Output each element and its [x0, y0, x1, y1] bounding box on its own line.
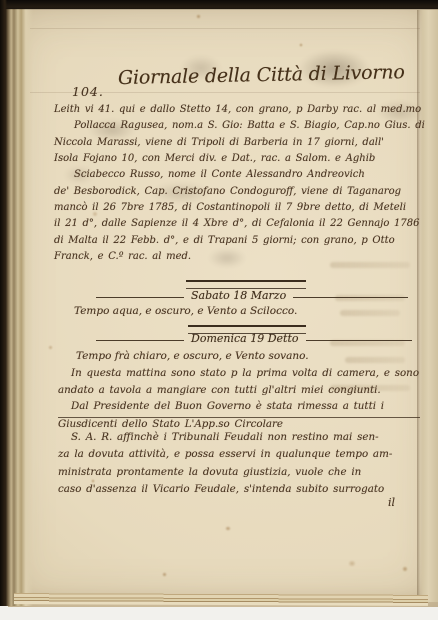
manuscript-line: Leith vi 41. qui e dallo Stetto 14, con … [54, 104, 420, 120]
heading-date: Sabato 18 Marzo [184, 289, 293, 302]
weather-saturday: Tempo aqua, e oscuro, e Vento a Scilocco… [74, 305, 297, 317]
manuscript-line: Pollacca Ragusea, nom.a S. Gio: Batta e … [54, 120, 420, 136]
weather-sunday: Tempo frà chiaro, e oscuro, e Vento sova… [76, 350, 309, 362]
foxing-spot [162, 572, 167, 577]
manuscript-line: mancò il 26 7bre 1785, di Costantinopoli… [54, 202, 420, 218]
ink-bleedthrough [345, 357, 405, 363]
binding-gutter-page-edges [5, 9, 33, 606]
manuscript-line: Isola Fojano 10, con Merci div. e Dat., … [54, 153, 420, 169]
manuscript-line: di Malta il 22 Febb. d°, e di Trapani 5 … [54, 235, 420, 251]
arrivals-paragraph: Leith vi 41. qui e dallo Stetto 14, con … [54, 104, 420, 267]
manuscript-line: andato a tavola a mangiare con tutti gl'… [58, 384, 420, 401]
section-heading-sunday: Domenica 19 Detto [96, 332, 412, 348]
heading-rule-left [96, 340, 184, 341]
scan-mat [0, 606, 438, 620]
manuscript-line: In questa mattina sono stato p la prima … [58, 367, 420, 384]
heading-date: Domenica 19 Detto [184, 332, 306, 345]
section-heading-saturday: Sabato 18 Marzo [96, 289, 408, 305]
manuscript-line: il 21 d°, dalle Sapienze il 4 Xbre d°, d… [54, 218, 420, 234]
foxing-spot [348, 560, 356, 567]
page-edges-bottom [14, 591, 428, 606]
ink-bleedthrough [340, 310, 400, 316]
heading-rule-left [96, 297, 184, 298]
section-divider [186, 280, 306, 289]
manuscript-line: caso d'assenza il Vicario Feudale, s'int… [58, 483, 420, 500]
heading-rule-right [306, 340, 413, 341]
catchword: il [388, 496, 395, 509]
manuscript-line: de' Besborodick, Cap. Cristofano Condogu… [54, 186, 420, 202]
notice-paragraph: Dal Presidente del Buon Governo è stata … [58, 400, 420, 434]
manuscript-line: Niccola Marassi, viene di Tripoli di Bar… [54, 137, 420, 153]
heading-rule-right [293, 297, 408, 298]
scan-border-top [0, 0, 438, 10]
scan-border-left [0, 0, 7, 606]
manuscript-line: za la dovuta attività, e possa esservi i… [58, 448, 420, 465]
foxing-spot [402, 566, 408, 572]
manuscript-line: Dal Presidente del Buon Governo è stata … [58, 400, 420, 418]
foxing-spot [299, 43, 303, 47]
decree-paragraph: S. A. R. affinchè i Tribunali Feudali no… [58, 431, 420, 500]
page-number: 104. [72, 84, 104, 99]
diary-paragraph: In questa mattina sono stato p la prima … [58, 367, 420, 400]
manuscript-line: ministrata prontamente la dovuta giustiz… [58, 466, 420, 483]
foxing-spot [48, 345, 53, 350]
foxing-spot [196, 14, 201, 19]
scan-artifact-line [30, 28, 420, 29]
manuscript-line: Sciabecco Russo, nome il Conte Alessandr… [54, 169, 420, 185]
foxing-spot [225, 526, 231, 531]
page-curve-right-edge [417, 10, 438, 602]
manuscript-line: Franck, e C.º rac. al med. [54, 251, 420, 267]
manuscript-photo: 104. Giornale della Città di Livorno Lei… [0, 0, 438, 620]
manuscript-line: S. A. R. affinchè i Tribunali Feudali no… [58, 431, 420, 448]
